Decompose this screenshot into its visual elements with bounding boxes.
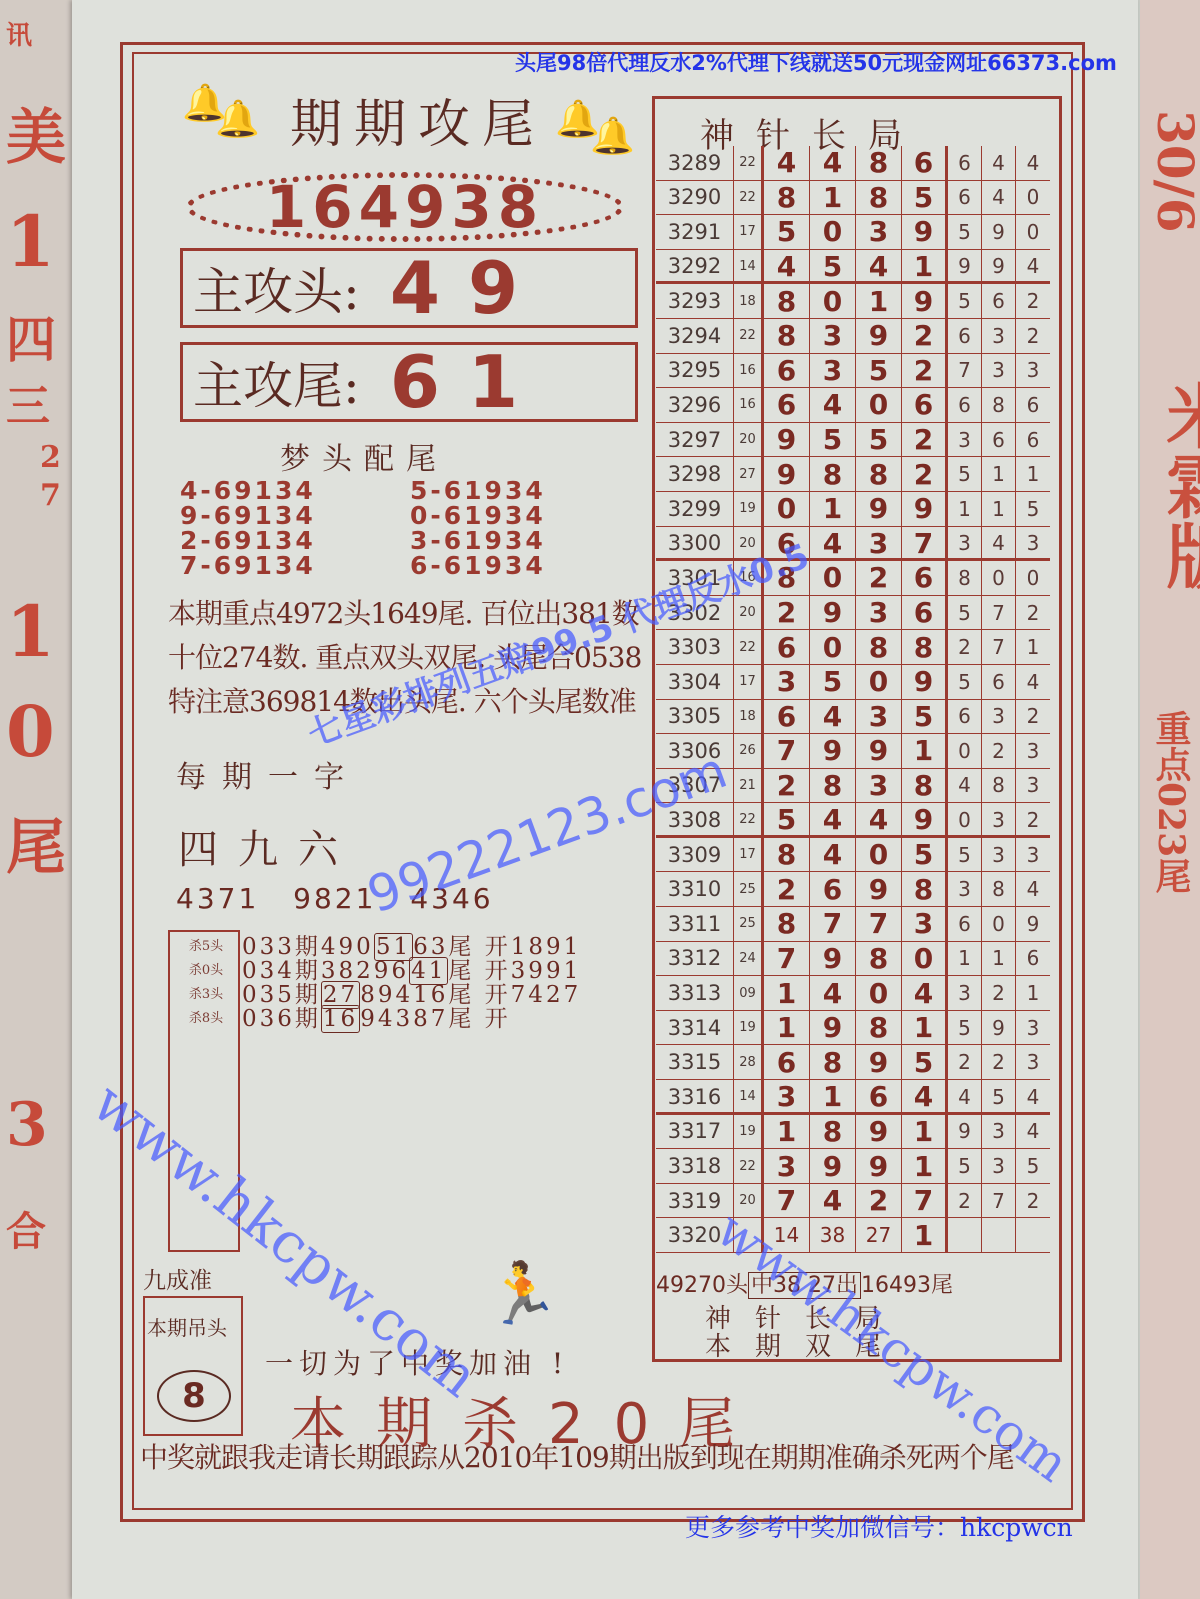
small-digit: 0 bbox=[982, 561, 1016, 595]
head-tail-pairs: 4-69134 5-61934 9-69134 0-61934 2-69134 … bbox=[180, 478, 640, 578]
featured-number: 164938 bbox=[266, 173, 544, 241]
period-id: 3311 bbox=[656, 907, 734, 941]
small-digit: 4 bbox=[1016, 146, 1050, 180]
table-row: 3291175039590 bbox=[656, 215, 1050, 250]
draw-digit: 1 bbox=[902, 1115, 948, 1149]
small-digit: 5 bbox=[948, 1149, 982, 1183]
draw-digit: 5 bbox=[810, 250, 856, 283]
small-digit: 6 bbox=[1016, 388, 1050, 422]
small-digit: 3 bbox=[948, 872, 982, 906]
period-id: 3312 bbox=[656, 942, 734, 976]
small-digit: 3 bbox=[982, 1115, 1016, 1149]
small-digit: 3 bbox=[982, 838, 1016, 872]
draw-digit: 4 bbox=[764, 146, 810, 180]
draw-digit: 8 bbox=[810, 457, 856, 491]
small-digit: 1 bbox=[982, 942, 1016, 976]
period-id: 3318 bbox=[656, 1149, 734, 1183]
bg-glyph: 3 bbox=[6, 1090, 48, 1160]
draw-digit: 2 bbox=[856, 1184, 902, 1218]
small-digit: 9 bbox=[1016, 907, 1050, 941]
period-id: 3300 bbox=[656, 527, 734, 560]
small-digit: 6 bbox=[948, 907, 982, 941]
draw-digit: 4 bbox=[810, 838, 856, 872]
bg-glyph: 四 bbox=[6, 300, 56, 372]
digit-sum: 19 bbox=[734, 1011, 764, 1045]
period-id: 3309 bbox=[656, 838, 734, 872]
pair-item: 0-61934 bbox=[410, 503, 640, 528]
draw-digit: 3 bbox=[856, 215, 902, 249]
small-digit: 8 bbox=[982, 388, 1016, 422]
pair-item: 9-69134 bbox=[180, 503, 410, 528]
draw-digit: 7 bbox=[810, 907, 856, 941]
small-digit: 1 bbox=[1016, 457, 1050, 491]
accuracy-label: 九成准 bbox=[143, 1262, 212, 1295]
digit-sum: 14 bbox=[734, 1080, 764, 1113]
period-id: 3316 bbox=[656, 1080, 734, 1113]
small-digit: 4 bbox=[1016, 1080, 1050, 1113]
bg-vertical-text: 米霖版 bbox=[1146, 380, 1200, 590]
draw-digit: 9 bbox=[902, 803, 948, 836]
small-digit: 1 bbox=[1016, 976, 1050, 1010]
period-id: 3298 bbox=[656, 457, 734, 491]
digit-sum: 22 bbox=[734, 1149, 764, 1183]
small-digit: 0 bbox=[948, 803, 982, 836]
draw-digit: 2 bbox=[902, 457, 948, 491]
digit-sum: 22 bbox=[734, 181, 764, 215]
small-digit: 3 bbox=[1016, 527, 1050, 560]
draw-digit: 9 bbox=[902, 284, 948, 318]
small-digit: 4 bbox=[1016, 872, 1050, 906]
draw-digit: 4 bbox=[810, 146, 856, 180]
small-digit: 3 bbox=[1016, 354, 1050, 388]
table-row: 3313091404321 bbox=[656, 976, 1050, 1011]
draw-digit: 1 bbox=[902, 1011, 948, 1045]
bg-glyph: 1 bbox=[6, 200, 55, 283]
small-digit: 5 bbox=[1016, 1149, 1050, 1183]
draw-digit: 2 bbox=[856, 561, 902, 595]
digit-sum: 16 bbox=[734, 388, 764, 422]
table-row: 3290228185640 bbox=[656, 181, 1050, 216]
draw-digit: 6 bbox=[764, 388, 810, 422]
table-row: 3316143164454 bbox=[656, 1080, 1050, 1115]
kill-tag: 杀0头 bbox=[172, 959, 240, 978]
draw-digit: 1 bbox=[856, 284, 902, 318]
small-digit: 3 bbox=[1016, 769, 1050, 803]
draw-digit: 3 bbox=[764, 1080, 810, 1113]
draw-digit: 4 bbox=[902, 1080, 948, 1113]
kill-tag: 杀8头 bbox=[172, 1007, 240, 1026]
pair-item: 5-61934 bbox=[410, 478, 640, 503]
table-row: 3295166352733 bbox=[656, 354, 1050, 389]
table-row: 3303226088271 bbox=[656, 630, 1050, 665]
draw-digit: 6 bbox=[764, 630, 810, 664]
small-digit: 9 bbox=[982, 215, 1016, 249]
period-id: 3294 bbox=[656, 319, 734, 353]
draw-digit: 1 bbox=[902, 1149, 948, 1183]
draw-digit: 6 bbox=[902, 561, 948, 595]
draw-digit: 0 bbox=[810, 561, 856, 595]
pair-item: 2-69134 bbox=[180, 528, 410, 553]
small-digit: 8 bbox=[982, 769, 1016, 803]
small-digit: 3 bbox=[1016, 838, 1050, 872]
draw-head-value: 8 bbox=[157, 1370, 231, 1422]
draw-digit: 9 bbox=[810, 596, 856, 630]
draw-digit: 5 bbox=[764, 803, 810, 836]
draw-digit: 9 bbox=[856, 1045, 902, 1079]
main-head-label: 主攻头: bbox=[193, 252, 360, 324]
footer-slogan: 中奖就跟我走请长期跟踪从2010年109期出版到现在期期准确杀死两个尾 bbox=[140, 1436, 1014, 1476]
digit-sum: 19 bbox=[734, 1115, 764, 1149]
bg-glyph: 2 bbox=[40, 440, 61, 475]
kill-tag: 杀3头 bbox=[172, 983, 240, 1002]
digit-sum: 18 bbox=[734, 284, 764, 318]
digit-sum: 17 bbox=[734, 665, 764, 699]
small-digit bbox=[948, 1218, 982, 1252]
draw-digit: 9 bbox=[902, 492, 948, 526]
draw-digit: 6 bbox=[902, 146, 948, 180]
small-digit: 9 bbox=[982, 250, 1016, 283]
draw-digit: 5 bbox=[902, 838, 948, 872]
draw-digit: 6 bbox=[902, 388, 948, 422]
small-digit: 4 bbox=[948, 1080, 982, 1113]
small-digit: 7 bbox=[982, 596, 1016, 630]
small-digit: 1 bbox=[982, 492, 1016, 526]
draw-digit: 0 bbox=[856, 976, 902, 1010]
small-digit: 7 bbox=[982, 630, 1016, 664]
small-digit: 4 bbox=[1016, 1115, 1050, 1149]
draw-digit: 4 bbox=[810, 388, 856, 422]
period-id: 3317 bbox=[656, 1115, 734, 1149]
draw-digit: 6 bbox=[764, 354, 810, 388]
draw-digit: 3 bbox=[764, 665, 810, 699]
small-digit: 5 bbox=[948, 457, 982, 491]
pair-item: 3-61934 bbox=[410, 528, 640, 553]
draw-digit: 5 bbox=[902, 700, 948, 734]
draw-digit: 0 bbox=[902, 942, 948, 976]
table-row: 3315286895223 bbox=[656, 1045, 1050, 1080]
draw-digit: 1 bbox=[810, 1080, 856, 1113]
draw-digit: 1 bbox=[764, 1115, 810, 1149]
draw-digit: 8 bbox=[764, 284, 810, 318]
small-digit: 5 bbox=[948, 1011, 982, 1045]
draw-digit: 0 bbox=[856, 388, 902, 422]
small-digit: 2 bbox=[982, 734, 1016, 768]
period-id: 3313 bbox=[656, 976, 734, 1010]
small-digit: 1 bbox=[948, 942, 982, 976]
kill-record: 036期1694387尾 开 bbox=[240, 1000, 511, 1033]
small-digit: 4 bbox=[1016, 665, 1050, 699]
small-digit: 5 bbox=[982, 1080, 1016, 1113]
table-row: 3292144541994 bbox=[656, 250, 1050, 285]
draw-digit: 7 bbox=[902, 527, 948, 560]
draw-digit: 1 bbox=[810, 492, 856, 526]
background-paper-right: 30/6 米霖版 重点023尾 bbox=[1140, 0, 1200, 1599]
draw-digit: 1 bbox=[810, 181, 856, 215]
table-row: 3319207427272 bbox=[656, 1184, 1050, 1219]
table-row: 3312247980116 bbox=[656, 942, 1050, 977]
draw-digit: 7 bbox=[764, 1184, 810, 1218]
bg-glyph: 美 bbox=[6, 90, 66, 176]
featured-number-oval: 164938 bbox=[186, 172, 624, 242]
draw-digit: 8 bbox=[902, 872, 948, 906]
draw-digit: 9 bbox=[856, 1115, 902, 1149]
draw-digit: 5 bbox=[902, 1045, 948, 1079]
bell-icon: 🔔 bbox=[590, 115, 635, 157]
digit-sum: 25 bbox=[734, 907, 764, 941]
digit-sum: 24 bbox=[734, 942, 764, 976]
period-id: 3296 bbox=[656, 388, 734, 422]
small-digit: 6 bbox=[982, 284, 1016, 318]
daily-label: 每期一字 bbox=[176, 752, 360, 796]
page-title: 期期攻尾 bbox=[290, 82, 546, 157]
draw-digit: 3 bbox=[902, 907, 948, 941]
draw-digit: 4 bbox=[810, 527, 856, 560]
bg-glyph: 合 bbox=[6, 1200, 46, 1257]
small-digit: 2 bbox=[982, 1045, 1016, 1079]
small-digit: 1 bbox=[982, 457, 1016, 491]
small-digit bbox=[1016, 1218, 1050, 1252]
results-table: 3289224486644329022818564032911750395903… bbox=[656, 146, 1050, 1253]
background-paper-left: 讯 美 1 四 三 2 7 1 0 尾 3 合 bbox=[0, 0, 80, 1599]
draw-digit: 8 bbox=[856, 457, 902, 491]
draw-digit: 9 bbox=[856, 1149, 902, 1183]
small-digit: 9 bbox=[982, 1011, 1016, 1045]
draw-digit: 3 bbox=[810, 354, 856, 388]
table-row: 3310252698384 bbox=[656, 872, 1050, 907]
small-digit: 3 bbox=[1016, 1045, 1050, 1079]
period-id: 3314 bbox=[656, 1011, 734, 1045]
small-digit: 0 bbox=[1016, 215, 1050, 249]
small-digit: 2 bbox=[1016, 319, 1050, 353]
draw-digit: 0 bbox=[810, 630, 856, 664]
draw-digit: 8 bbox=[810, 1045, 856, 1079]
small-digit: 2 bbox=[982, 976, 1016, 1010]
draw-digit: 38 bbox=[810, 1218, 856, 1252]
table-row: 3298279882511 bbox=[656, 457, 1050, 492]
draw-digit: 9 bbox=[810, 734, 856, 768]
small-digit: 6 bbox=[1016, 423, 1050, 457]
digit-sum: 21 bbox=[734, 769, 764, 803]
draw-digit: 5 bbox=[856, 354, 902, 388]
draw-digit: 9 bbox=[810, 1149, 856, 1183]
table-row: 3300206437343 bbox=[656, 527, 1050, 562]
draw-digit: 7 bbox=[902, 1184, 948, 1218]
bg-glyph: 1 bbox=[6, 590, 55, 673]
draw-digit: 2 bbox=[902, 319, 948, 353]
draw-digit: 4 bbox=[856, 250, 902, 283]
draw-digit: 2 bbox=[902, 354, 948, 388]
draw-digit: 8 bbox=[810, 1115, 856, 1149]
kill-history: 杀5头 033期4905163尾 开1891 杀0头 034期3829641尾 … bbox=[172, 932, 581, 1028]
period-id: 3289 bbox=[656, 146, 734, 180]
small-digit: 9 bbox=[948, 250, 982, 283]
small-digit: 2 bbox=[948, 630, 982, 664]
small-digit: 8 bbox=[982, 872, 1016, 906]
bg-vertical-text: 30/6 bbox=[1146, 110, 1200, 233]
table-row: 3318223991535 bbox=[656, 1149, 1050, 1184]
small-digit: 6 bbox=[948, 146, 982, 180]
draw-digit: 1 bbox=[902, 250, 948, 283]
small-digit: 1 bbox=[948, 492, 982, 526]
table-row: 3293188019562 bbox=[656, 284, 1050, 319]
table-row: 3305186435632 bbox=[656, 700, 1050, 735]
draw-digit: 8 bbox=[764, 838, 810, 872]
kill-tag: 杀5头 bbox=[172, 935, 240, 954]
main-head-value: 49 bbox=[390, 246, 546, 330]
period-id: 3295 bbox=[656, 354, 734, 388]
bg-glyph: 0 bbox=[6, 690, 55, 773]
small-digit: 3 bbox=[982, 803, 1016, 836]
small-digit: 2 bbox=[1016, 1184, 1050, 1218]
small-digit: 6 bbox=[1016, 942, 1050, 976]
small-digit: 8 bbox=[948, 561, 982, 595]
draw-digit: 7 bbox=[764, 942, 810, 976]
pair-item: 6-61934 bbox=[410, 553, 640, 578]
draw-digit: 8 bbox=[764, 907, 810, 941]
table-row: 3309178405533 bbox=[656, 838, 1050, 873]
small-digit: 2 bbox=[1016, 700, 1050, 734]
digit-sum: 18 bbox=[734, 700, 764, 734]
bg-glyph: 讯 bbox=[6, 15, 32, 52]
draw-digit: 2 bbox=[764, 596, 810, 630]
draw-digit: 3 bbox=[810, 319, 856, 353]
draw-digit: 27 bbox=[856, 1218, 902, 1252]
main-tail-label: 主攻尾: bbox=[193, 346, 360, 418]
table-row: 3304173509564 bbox=[656, 665, 1050, 700]
bg-glyph: 三 bbox=[6, 370, 50, 434]
small-digit: 5 bbox=[948, 665, 982, 699]
draw-digit: 4 bbox=[810, 1184, 856, 1218]
pair-item: 4-69134 bbox=[180, 478, 410, 503]
digit-sum: 16 bbox=[734, 354, 764, 388]
draw-digit: 8 bbox=[856, 630, 902, 664]
draw-digit: 7 bbox=[764, 734, 810, 768]
draw-digit: 3 bbox=[856, 527, 902, 560]
draw-digit: 6 bbox=[856, 1080, 902, 1113]
period-id: 3315 bbox=[656, 1045, 734, 1079]
draw-digit: 9 bbox=[902, 665, 948, 699]
small-digit: 6 bbox=[948, 388, 982, 422]
small-digit: 3 bbox=[948, 976, 982, 1010]
small-digit: 3 bbox=[948, 423, 982, 457]
table-row: 3297209552366 bbox=[656, 423, 1050, 458]
small-digit: 4 bbox=[1016, 250, 1050, 283]
small-digit: 3 bbox=[982, 1149, 1016, 1183]
small-digit: 4 bbox=[982, 527, 1016, 560]
draw-digit: 6 bbox=[764, 1045, 810, 1079]
ad-banner-bottom: 更多参考中奖加微信号：hkcpwcn bbox=[685, 1508, 1073, 1544]
period-id: 3299 bbox=[656, 492, 734, 526]
pair-item: 7-69134 bbox=[180, 553, 410, 578]
small-digit: 6 bbox=[982, 423, 1016, 457]
period-id: 3290 bbox=[656, 181, 734, 215]
draw-digit: 2 bbox=[764, 872, 810, 906]
small-digit: 2 bbox=[948, 1184, 982, 1218]
small-digit: 0 bbox=[948, 734, 982, 768]
draw-digit: 9 bbox=[856, 734, 902, 768]
draw-digit: 8 bbox=[810, 769, 856, 803]
small-digit: 3 bbox=[982, 700, 1016, 734]
period-id: 3292 bbox=[656, 250, 734, 283]
period-id: 3305 bbox=[656, 700, 734, 734]
small-digit: 3 bbox=[1016, 734, 1050, 768]
draw-digit: 5 bbox=[810, 665, 856, 699]
draw-digit: 9 bbox=[810, 1011, 856, 1045]
draw-digit: 5 bbox=[810, 423, 856, 457]
small-digit bbox=[982, 1218, 1016, 1252]
digit-sum: 09 bbox=[734, 976, 764, 1010]
small-digit: 6 bbox=[982, 665, 1016, 699]
draw-digit: 7 bbox=[856, 907, 902, 941]
draw-digit: 5 bbox=[764, 215, 810, 249]
small-digit: 5 bbox=[1016, 492, 1050, 526]
draw-digit: 1 bbox=[902, 734, 948, 768]
small-digit: 2 bbox=[1016, 284, 1050, 318]
draw-digit: 9 bbox=[856, 872, 902, 906]
draw-digit: 9 bbox=[810, 942, 856, 976]
draw-digit: 6 bbox=[764, 700, 810, 734]
draw-digit: 9 bbox=[764, 457, 810, 491]
digit-sum: 19 bbox=[734, 492, 764, 526]
table-row: 3308225449032 bbox=[656, 803, 1050, 838]
draw-digit: 0 bbox=[764, 492, 810, 526]
draw-digit: 4 bbox=[902, 976, 948, 1010]
draw-digit: 2 bbox=[764, 769, 810, 803]
main-tail-value: 61 bbox=[390, 340, 546, 424]
period-id: 3304 bbox=[656, 665, 734, 699]
draw-digit: 9 bbox=[902, 215, 948, 249]
mascot-icon: 🏃 bbox=[485, 1258, 560, 1329]
draw-digit: 4 bbox=[810, 700, 856, 734]
small-digit: 4 bbox=[982, 181, 1016, 215]
draw-digit: 8 bbox=[902, 630, 948, 664]
digit-sum: 26 bbox=[734, 734, 764, 768]
small-digit: 3 bbox=[1016, 1011, 1050, 1045]
small-digit: 0 bbox=[982, 907, 1016, 941]
small-digit: 5 bbox=[948, 215, 982, 249]
digit-sum: 22 bbox=[734, 630, 764, 664]
table-row: 3296166406686 bbox=[656, 388, 1050, 423]
small-digit: 3 bbox=[982, 354, 1016, 388]
draw-digit: 8 bbox=[856, 942, 902, 976]
ad-banner-top: 头尾98倍代理反水2%代理下线就送50元现金网址66373.com bbox=[515, 47, 1117, 77]
draw-digit: 4 bbox=[810, 803, 856, 836]
small-digit: 2 bbox=[1016, 596, 1050, 630]
draw-digit: 0 bbox=[810, 215, 856, 249]
period-id: 3291 bbox=[656, 215, 734, 249]
period-id: 3310 bbox=[656, 872, 734, 906]
table-row: 3311258773609 bbox=[656, 907, 1050, 942]
draw-digit: 8 bbox=[764, 319, 810, 353]
draw-digit: 0 bbox=[856, 665, 902, 699]
small-digit: 6 bbox=[948, 319, 982, 353]
digit-sum: 22 bbox=[734, 319, 764, 353]
draw-digit: 1 bbox=[764, 1011, 810, 1045]
bg-vertical-text: 重点023尾 bbox=[1146, 710, 1197, 893]
draw-digit: 8 bbox=[856, 146, 902, 180]
digit-sum: 22 bbox=[734, 146, 764, 180]
small-digit: 3 bbox=[948, 527, 982, 560]
draw-digit: 3 bbox=[856, 700, 902, 734]
draw-head-label: 本期吊头 bbox=[147, 1312, 227, 1341]
draw-digit: 1 bbox=[764, 976, 810, 1010]
draw-digit: 8 bbox=[902, 769, 948, 803]
draw-digit: 3 bbox=[856, 596, 902, 630]
small-digit: 2 bbox=[1016, 803, 1050, 836]
draw-digit: 4 bbox=[764, 250, 810, 283]
draw-digit: 6 bbox=[810, 872, 856, 906]
draw-digit: 0 bbox=[810, 284, 856, 318]
